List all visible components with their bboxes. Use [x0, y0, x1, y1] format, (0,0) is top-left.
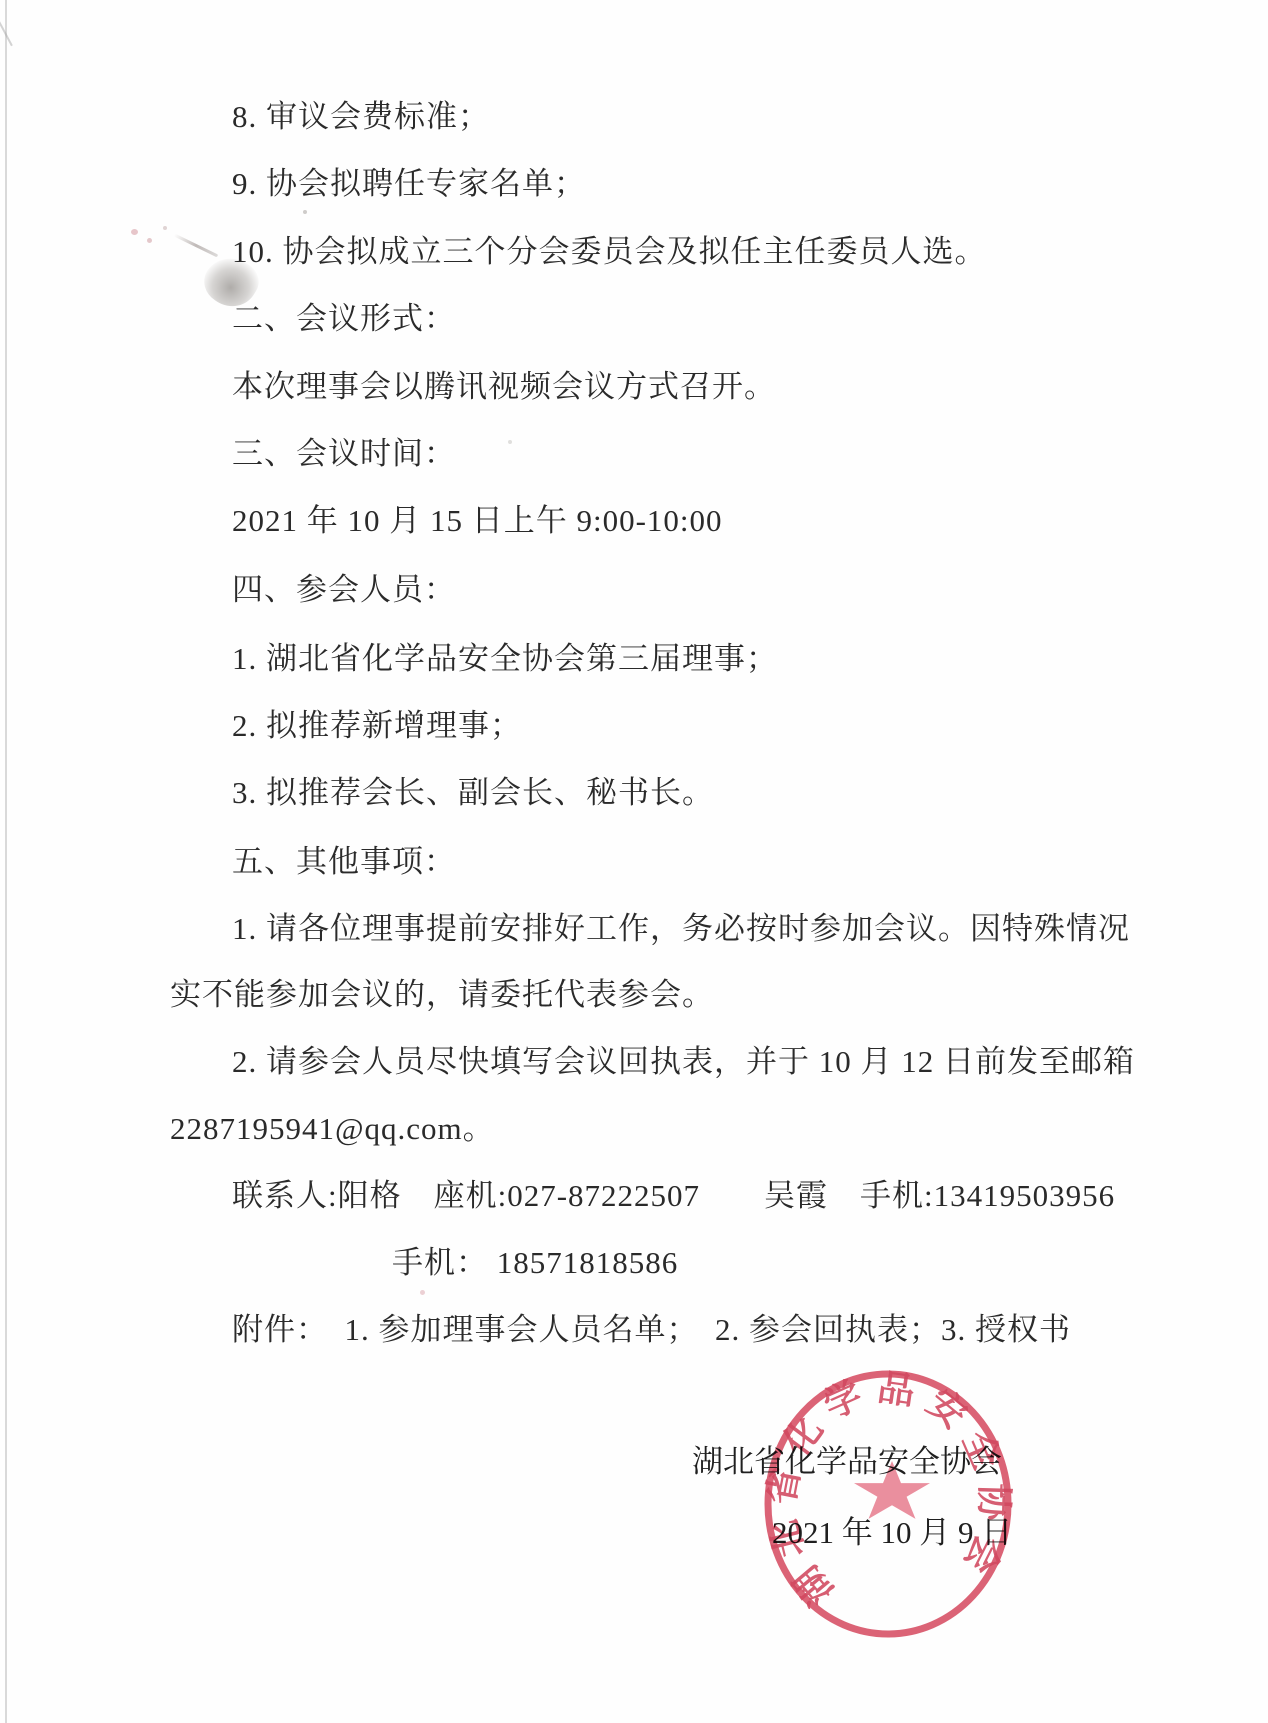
body-line-attendee2: 2. 拟推荐新增理事； [232, 708, 522, 744]
ink-speck [303, 210, 307, 214]
ink-smudge-tail [174, 234, 218, 258]
body-line-format: 本次理事会以腾讯视频会议方式召开。 [232, 369, 776, 405]
attachment-line: 附件： 1. 参加理事会人员名单； 2. 参会回执表；3. 授权书 [232, 1312, 1071, 1348]
ink-speck [147, 238, 152, 243]
body-line-note1a: 1. 请各位理事提前安排好工作，务必按时参加会议。因特殊情况 [232, 911, 1130, 947]
ink-speck [420, 1290, 425, 1295]
body-line-item8: 8. 审议会费标准； [232, 99, 490, 135]
body-line-datetime: 2021 年 10 月 15 日上午 9:00-10:00 [232, 503, 723, 539]
contact-line: 联系人:阳格 座机:027-87222507 吴霞 手机:13419503956 [232, 1178, 1115, 1214]
ink-speck [163, 226, 167, 230]
official-seal: 湖北省化学品安全协会 [756, 1362, 1020, 1646]
body-line-note1b: 实不能参加会议的，请委托代表参会。 [170, 977, 714, 1013]
seal-star [854, 1461, 930, 1519]
contact-line-mobile: 手机： 18571818586 [392, 1245, 678, 1281]
body-line-attendee1: 1. 湖北省化学品安全协会第三届理事； [232, 641, 778, 677]
body-line-note2a: 2. 请参会人员尽快填写会议回执表，并于 10 月 12 日前发至邮箱 [232, 1044, 1135, 1080]
scanned-document-page: 8. 审议会费标准； 9. 协会拟聘任专家名单； 10. 协会拟成立三个分会委员… [0, 0, 1268, 1723]
body-line-item10: 10. 协会拟成立三个分会委员会及拟任主任委员人选。 [232, 234, 987, 270]
scan-edge-line [5, 0, 7, 1723]
section-heading-3: 三、会议时间： [232, 436, 456, 472]
ink-speck [131, 229, 138, 235]
section-heading-5: 五、其他事项： [232, 844, 456, 880]
ink-speck [508, 440, 512, 444]
body-line-email: 2287195941@qq.com。 [170, 1111, 495, 1147]
body-line-item9: 9. 协会拟聘任专家名单； [232, 166, 586, 202]
section-heading-4: 四、参会人员： [232, 572, 456, 608]
body-line-attendee3: 3. 拟推荐会长、副会长、秘书长。 [232, 775, 714, 811]
section-heading-2: 二、会议形式： [232, 301, 456, 337]
